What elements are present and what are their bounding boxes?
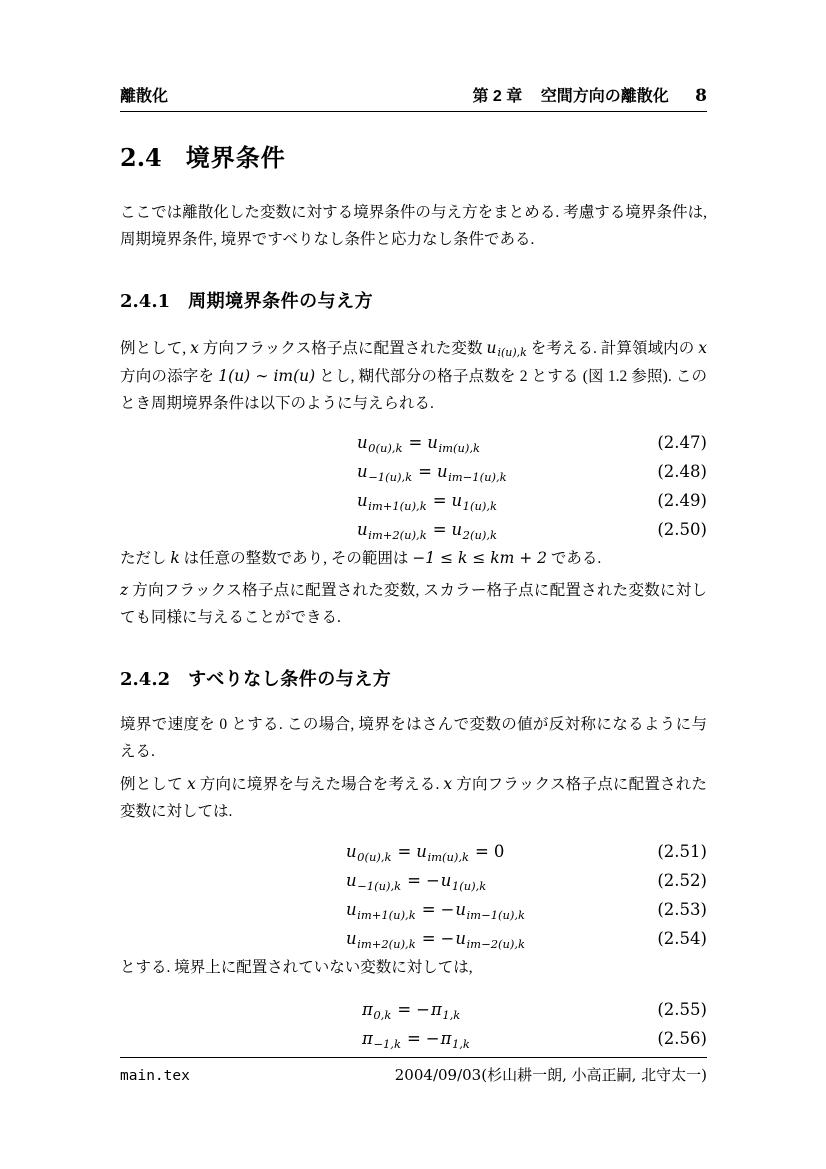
math-subscript: 0,k — [373, 1008, 391, 1022]
equation-group-periodic: u0(u),k=uim(u),k(2.47)u−1(u),k=uim−1(u),… — [120, 428, 707, 544]
math-token: u — [357, 433, 368, 452]
subsection-number: 2.4.2 — [120, 669, 170, 690]
math-token: = — [397, 1000, 411, 1019]
equation-body: uim+1(u),k=u1(u),k — [357, 491, 498, 510]
math-subscript: 0(u),k — [368, 441, 402, 455]
equation-body: uim+2(u),k=u2(u),k — [357, 520, 498, 539]
inline-math: x — [698, 339, 707, 357]
subsection-number: 2.4.1 — [120, 291, 170, 312]
math-token: u — [437, 462, 448, 481]
math-token: = — [407, 1029, 421, 1048]
math-subscript: −1(u),k — [368, 470, 412, 484]
equation-group-noslip-u: u0(u),k=uim(u),k=0(2.51)u−1(u),k=−u1(u),… — [120, 837, 707, 953]
text-segment: 方向に境界を与えた場合を考える. — [196, 776, 444, 793]
equation-body: uim+2(u),k=−uim−2(u),k — [346, 929, 526, 948]
inline-math: z — [120, 581, 128, 599]
footer-row: main.tex 2004/09/03(杉山耕一朗, 小高正嗣, 北守太一) — [120, 1058, 707, 1085]
math-subscript: 2(u),k — [463, 528, 497, 542]
equation-group-noslip-pi: π0,k=−π1,k(2.55)π−1,k=−π1,k(2.56) — [120, 995, 707, 1053]
equation-body: u0(u),k=uim(u),k=0 — [346, 842, 504, 861]
section-heading: 2.4境界条件 — [120, 142, 707, 175]
paragraph-z-direction: z 方向フラックス格子点に配置された変数, スカラー格子点に配置された変数に対し… — [120, 577, 707, 631]
equation-body: u0(u),k=uim(u),k — [357, 433, 481, 452]
math-token: = — [475, 842, 489, 861]
math-token: = — [397, 842, 411, 861]
math-token: u — [455, 900, 466, 919]
equation-number: (2.53) — [657, 900, 707, 919]
inline-math: x — [443, 775, 452, 793]
paragraph-periodic-example: 例として, x 方向フラックス格子点に配置された変数 ui(u),k を考える.… — [120, 335, 707, 417]
equation-number: (2.50) — [657, 520, 707, 539]
equation-row: uim+2(u),k=−uim−2(u),k(2.54) — [120, 924, 707, 953]
math-token: = — [433, 491, 447, 510]
equation-body: π0,k=−π1,k — [362, 1000, 461, 1019]
math-token: u — [357, 491, 368, 510]
math-token: − — [441, 900, 455, 919]
math-subscript: im−1(u),k — [448, 470, 507, 484]
equation-number: (2.52) — [657, 871, 707, 890]
equation-body: uim+1(u),k=−uim−1(u),k — [346, 900, 526, 919]
math-subscript: im+2(u),k — [357, 937, 416, 951]
math-subscript: 1(u),k — [452, 879, 486, 893]
equation-row: uim+1(u),k=u1(u),k(2.49) — [120, 486, 707, 515]
document-page: 離散化 第 2 章 空間方向の離散化 8 2.4境界条件 ここでは離散化した変数… — [0, 0, 826, 1169]
equation-row: u−1(u),k=−u1(u),k(2.52) — [120, 866, 707, 895]
equation-number: (2.54) — [657, 929, 707, 948]
subsection-title: すべりなし条件の与え方 — [188, 669, 391, 689]
text-segment: 境界で速度を 0 とする. この場合, 境界をはさんで変数の値が反対称になるよう… — [120, 716, 707, 760]
math-token: 0 — [494, 842, 505, 861]
text-segment: を考える. 計算領域内の — [527, 340, 698, 357]
math-token: u — [427, 433, 438, 452]
text-segment: ただし — [120, 550, 170, 567]
running-title: 離散化 — [120, 87, 168, 107]
math-token: u — [455, 929, 466, 948]
math-subscript: 1,k — [452, 1037, 470, 1051]
chapter-number: 第 2 章 — [472, 88, 522, 105]
equation-row: π−1,k=−π1,k(2.56) — [120, 1024, 707, 1053]
inline-math: x — [190, 339, 199, 357]
math-token: u — [357, 462, 368, 481]
equation-row: π0,k=−π1,k(2.55) — [120, 995, 707, 1024]
subsection-title: 周期境界条件の与え方 — [188, 291, 373, 311]
math-subscript: 0(u),k — [357, 850, 391, 864]
inline-math: k — [170, 549, 179, 567]
page-header: 離散化 第 2 章 空間方向の離散化 8 — [120, 86, 707, 107]
math-token: = — [422, 900, 436, 919]
math-token: = — [418, 462, 432, 481]
math-subscript: 1,k — [442, 1008, 460, 1022]
math-subscript: −1(u),k — [357, 879, 401, 893]
paragraph-k-range: ただし k は任意の整数であり, その範囲は −1 ≤ k ≤ km + 2 で… — [120, 545, 707, 572]
equation-number: (2.49) — [657, 491, 707, 510]
inline-math-subscript: i(u),k — [497, 346, 526, 359]
math-token: u — [452, 520, 463, 539]
math-token: − — [426, 1029, 440, 1048]
text-segment: 方向フラックス格子点に配置された変数, スカラー格子点に配置された変数に対しても… — [120, 582, 707, 626]
math-token: u — [416, 842, 427, 861]
date-and-authors: 2004/09/03(杉山耕一朗, 小高正嗣, 北守太一) — [395, 1064, 707, 1085]
text-segment: 例として, — [120, 340, 190, 357]
math-token: π — [362, 1000, 373, 1019]
equation-body: u−1(u),k=−u1(u),k — [346, 871, 487, 890]
math-token: u — [346, 871, 357, 890]
math-token: − — [416, 1000, 430, 1019]
section-title: 境界条件 — [186, 145, 286, 172]
math-subscript: im−1(u),k — [466, 908, 525, 922]
math-subscript: im(u),k — [427, 850, 469, 864]
text-segment: は任意の整数であり, その範囲は — [180, 550, 413, 567]
math-subscript: im+1(u),k — [357, 908, 416, 922]
header-rule — [120, 111, 707, 112]
text-segment: である. — [547, 550, 601, 567]
page-number: 8 — [695, 86, 707, 106]
section-number: 2.4 — [120, 143, 162, 172]
subsection-heading-241: 2.4.1周期境界条件の与え方 — [120, 289, 707, 314]
math-token: − — [441, 929, 455, 948]
inline-math: x — [187, 775, 196, 793]
text-segment: ここでは離散化した変数に対する境界条件の与え方をまとめる. 考慮する境界条件は,… — [120, 204, 707, 248]
paragraph-noslip-intro: 境界で速度を 0 とする. この場合, 境界をはさんで変数の値が反対称になるよう… — [120, 711, 707, 765]
equation-row: uim+1(u),k=−uim−1(u),k(2.53) — [120, 895, 707, 924]
math-token: u — [452, 491, 463, 510]
equation-row: u0(u),k=uim(u),k=0(2.51) — [120, 837, 707, 866]
equation-number: (2.47) — [657, 433, 707, 452]
text-segment: 方向フラックス格子点に配置された変数 — [199, 340, 487, 357]
equation-number: (2.55) — [657, 1000, 707, 1019]
math-subscript: 1(u),k — [463, 499, 497, 513]
math-subscript: im−2(u),k — [466, 937, 525, 951]
equation-number: (2.51) — [657, 842, 707, 861]
math-token: u — [346, 900, 357, 919]
math-token: − — [426, 871, 440, 890]
equation-row: u−1(u),k=uim−1(u),k(2.48) — [120, 457, 707, 486]
math-token: u — [346, 929, 357, 948]
text-segment: とする. 境界上に配置されていない変数に対しては, — [120, 959, 473, 976]
equation-number: (2.48) — [657, 462, 707, 481]
math-subscript: im+1(u),k — [368, 499, 427, 513]
math-token: π — [431, 1000, 442, 1019]
math-token: u — [441, 871, 452, 890]
inline-math: −1 ≤ k ≤ km + 2 — [412, 549, 547, 567]
chapter-header: 第 2 章 空間方向の離散化 8 — [472, 86, 707, 107]
math-token: = — [408, 433, 422, 452]
subsection-heading-242: 2.4.2すべりなし条件の与え方 — [120, 667, 707, 692]
math-token: u — [346, 842, 357, 861]
math-token: = — [422, 929, 436, 948]
equation-row: u0(u),k=uim(u),k(2.47) — [120, 428, 707, 457]
intro-paragraph: ここでは離散化した変数に対する境界条件の与え方をまとめる. 考慮する境界条件は,… — [120, 199, 707, 253]
math-subscript: im+2(u),k — [368, 528, 427, 542]
math-token: u — [357, 520, 368, 539]
page-footer: main.tex 2004/09/03(杉山耕一朗, 小高正嗣, 北守太一) — [120, 1057, 707, 1085]
paragraph-noslip-example: 例として x 方向に境界を与えた場合を考える. x 方向フラックス格子点に配置さ… — [120, 771, 707, 825]
math-token: = — [407, 871, 421, 890]
equation-body: π−1,k=−π1,k — [362, 1029, 471, 1048]
equation-number: (2.56) — [657, 1029, 707, 1048]
paragraph-not-on-boundary: とする. 境界上に配置されていない変数に対しては, — [120, 954, 707, 981]
equation-row: uim+2(u),k=u2(u),k(2.50) — [120, 515, 707, 544]
equation-body: u−1(u),k=uim−1(u),k — [357, 462, 508, 481]
math-subscript: im(u),k — [438, 441, 480, 455]
math-subscript: −1,k — [373, 1037, 401, 1051]
inline-math: u — [487, 339, 497, 357]
inline-math: 1(u) ∼ im(u) — [218, 367, 315, 385]
text-segment: 例として — [120, 776, 187, 793]
text-segment: 方向の添字を — [120, 368, 218, 385]
math-token: π — [362, 1029, 373, 1048]
chapter-title: 空間方向の離散化 — [541, 88, 669, 105]
source-filename: main.tex — [120, 1068, 190, 1084]
math-token: π — [441, 1029, 452, 1048]
math-token: = — [433, 520, 447, 539]
